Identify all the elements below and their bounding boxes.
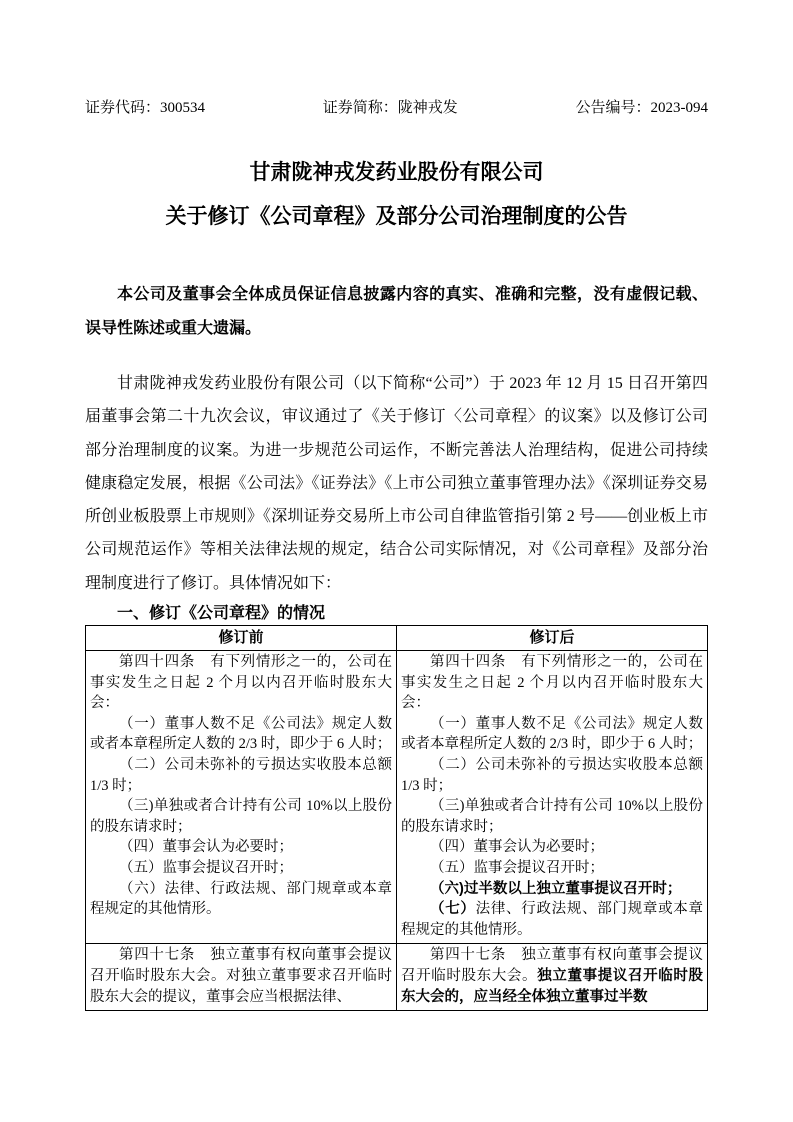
revision-cell-before: 第四十七条 独立董事有权向董事会提议召开临时股东大会。对独立董事要求召开临时股东… — [86, 944, 397, 1011]
meta-row: 证券代码：300534 证券简称：陇神戎发 公告编号：2023-094 — [85, 99, 708, 117]
announcement-title: 关于修订《公司章程》及部分公司治理制度的公告 — [85, 203, 708, 231]
column-header-before: 修订前 — [86, 626, 397, 651]
table-row: 第四十七条 独立董事有权向董事会提议召开临时股东大会。对独立董事要求召开临时股东… — [86, 944, 708, 1011]
company-title: 甘肃陇神戎发药业股份有限公司 — [85, 159, 708, 187]
table-header-row: 修订前 修订后 — [86, 626, 708, 651]
revision-cell-before: 第四十四条 有下列情形之一的，公司在事实发生之日起 2 个月以内召开临时股东大会… — [86, 651, 397, 944]
revision-table-body: 第四十四条 有下列情形之一的，公司在事实发生之日起 2 个月以内召开临时股东大会… — [86, 651, 708, 1011]
revision-table-head: 修订前 修订后 — [86, 626, 708, 651]
column-header-after: 修订后 — [397, 626, 708, 651]
section-heading: 一、修订《公司章程》的情况 — [85, 602, 708, 625]
disclaimer-paragraph: 本公司及董事会全体成员保证信息披露内容的真实、准确和完整，没有虚假记载、误导性陈… — [85, 278, 708, 346]
security-name: 证券简称：陇神戎发 — [323, 99, 458, 117]
revision-cell-after: 第四十七条 独立董事有权向董事会提议召开临时股东大会。独立董事提议召开临时股东大… — [397, 944, 708, 1011]
revision-table: 修订前 修订后 第四十四条 有下列情形之一的，公司在事实发生之日起 2 个月以内… — [85, 625, 708, 1011]
body-paragraph: 甘肃陇神戎发药业股份有限公司（以下简称“公司”）于 2023 年 12 月 15… — [85, 367, 708, 600]
security-code: 证券代码：300534 — [85, 99, 205, 117]
revision-cell-after: 第四十四条 有下列情形之一的，公司在事实发生之日起 2 个月以内召开临时股东大会… — [397, 651, 708, 944]
announcement-number: 公告编号：2023-094 — [576, 99, 709, 117]
document-page: 证券代码：300534 证券简称：陇神戎发 公告编号：2023-094 甘肃陇神… — [0, 0, 793, 1122]
table-row: 第四十四条 有下列情形之一的，公司在事实发生之日起 2 个月以内召开临时股东大会… — [86, 651, 708, 944]
